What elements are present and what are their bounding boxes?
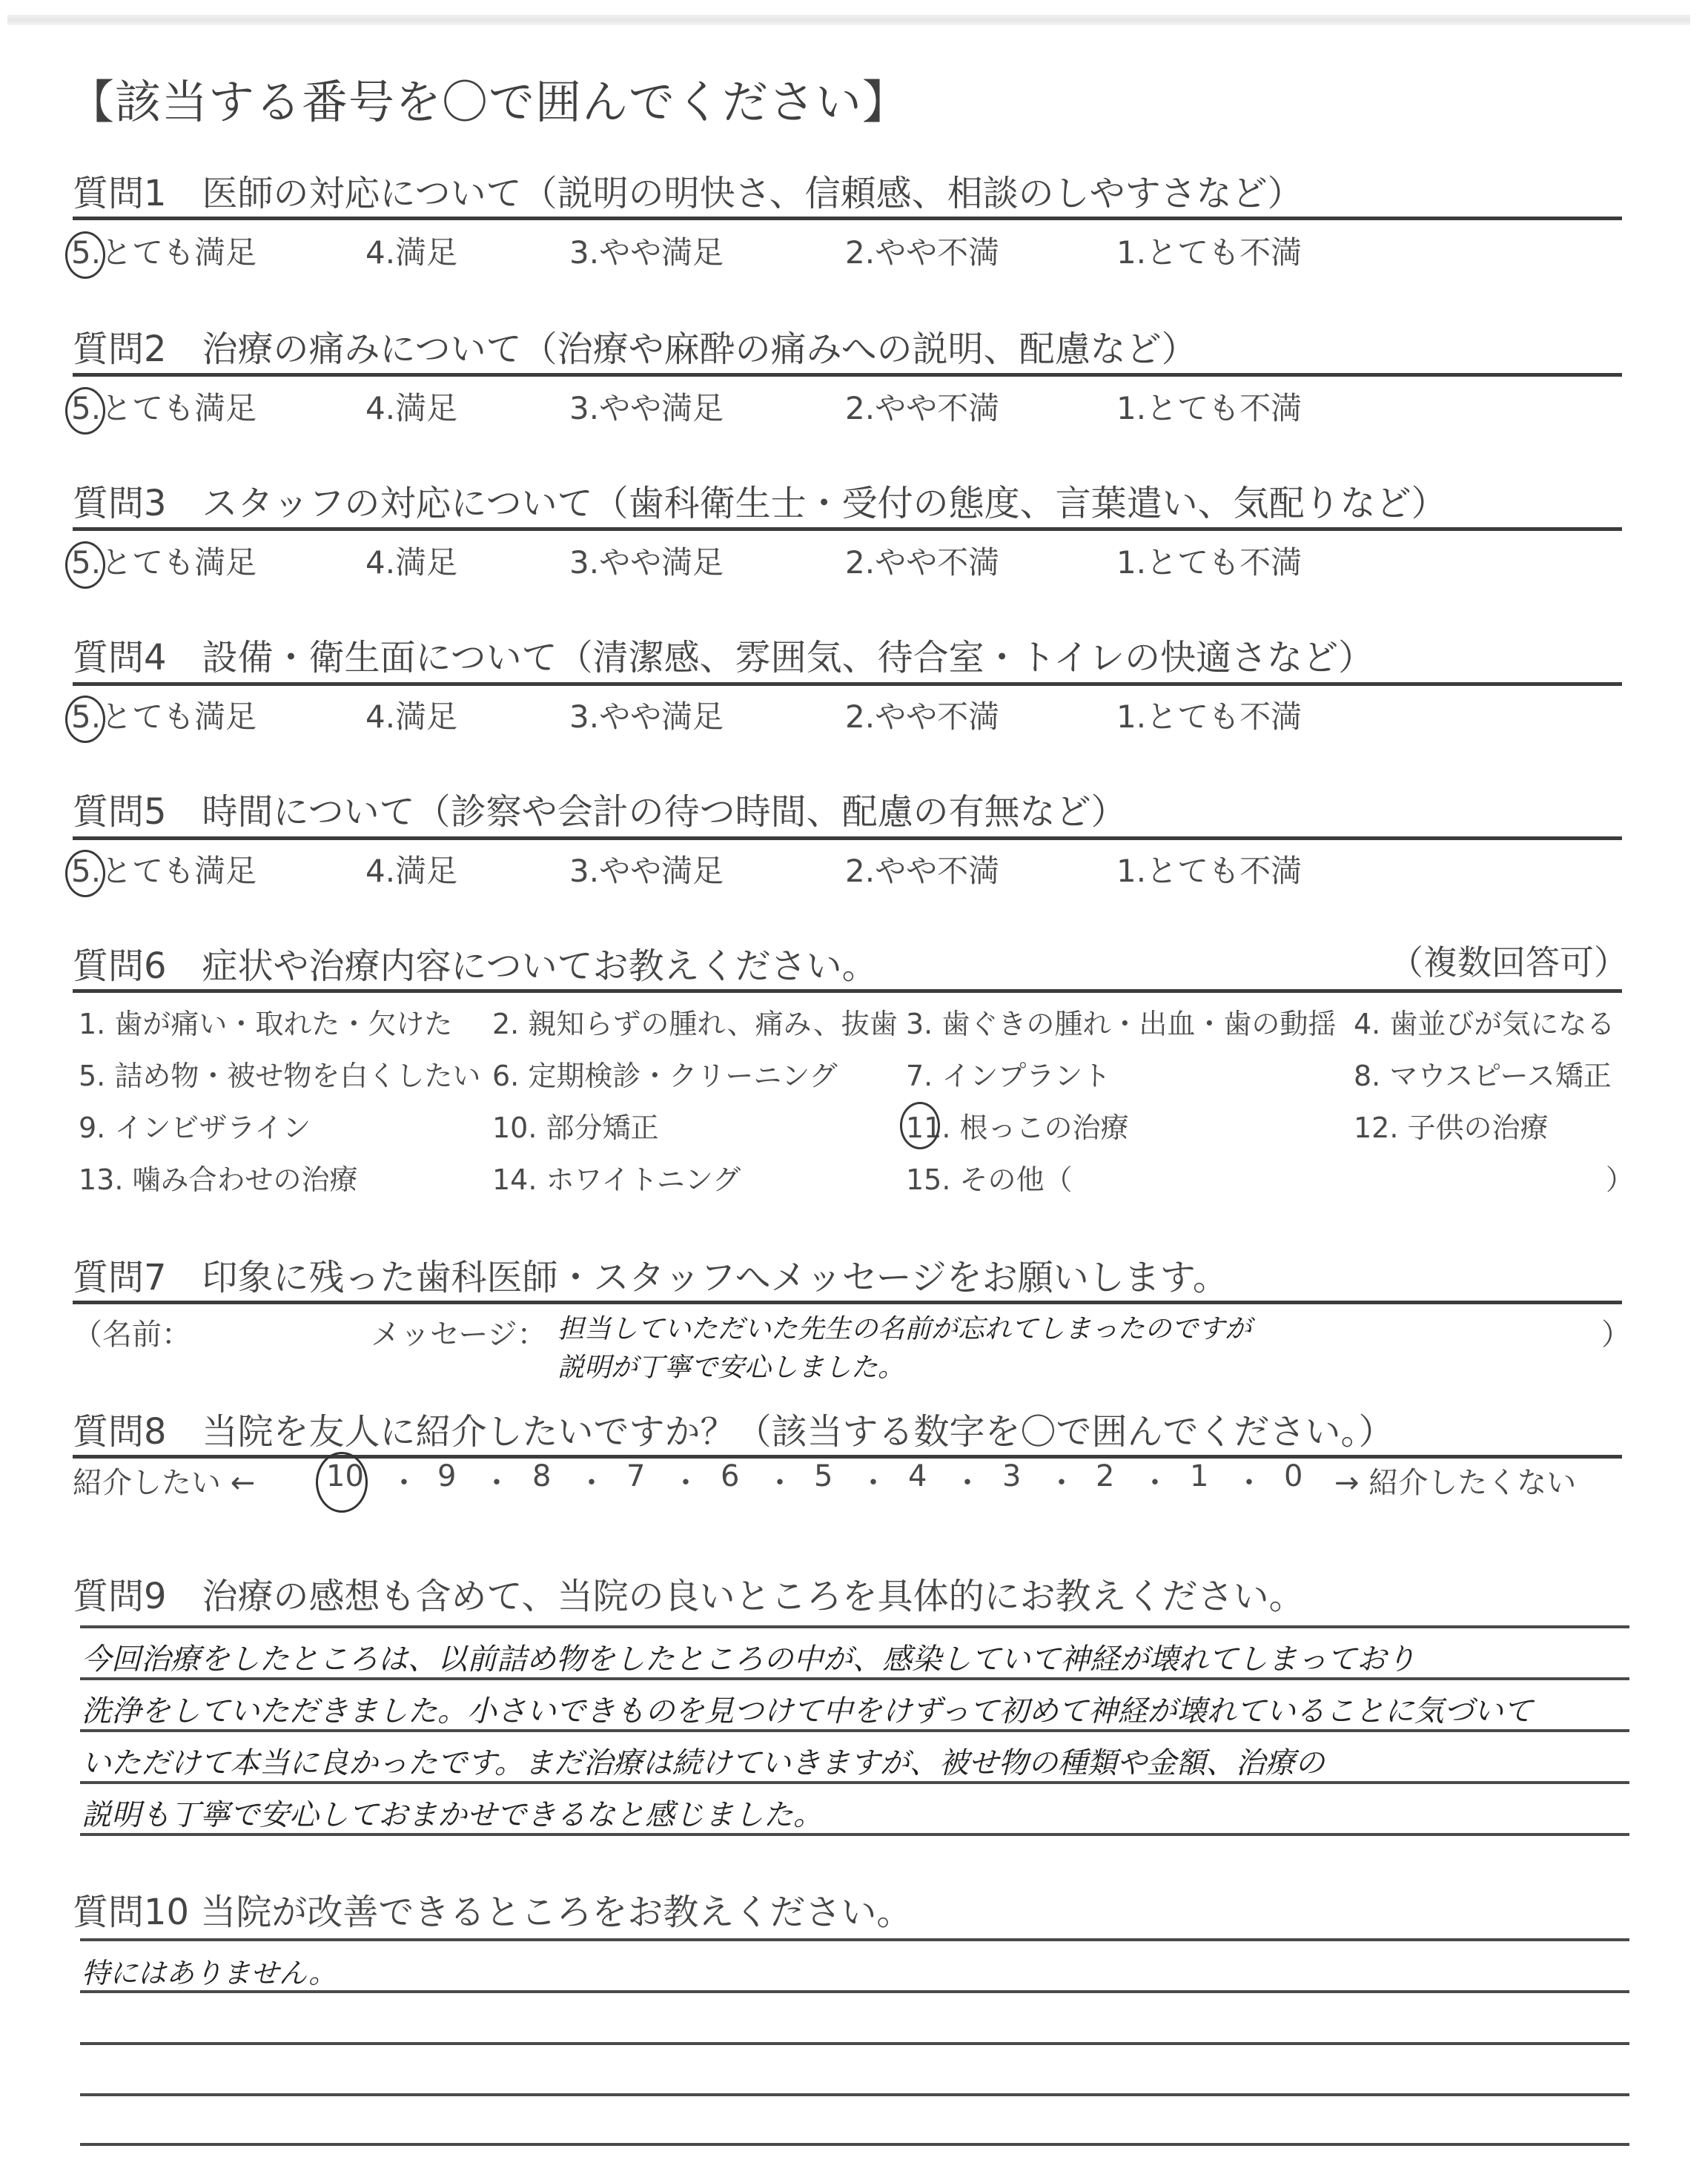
- symptom-option[interactable]: 5. 詰め物・被せ物を白くしたい: [79, 1053, 480, 1094]
- answer-line-3[interactable]: いただけて本当に良かったです。まだ治療は続けていきますが、被せ物の種類や金額、治…: [82, 1740, 1325, 1782]
- symptom-option[interactable]: 6. 定期検診・クリーニング: [492, 1053, 838, 1094]
- symptom-option[interactable]: 7. インプラント: [906, 1053, 1110, 1094]
- other-close-paren: ）: [1606, 1157, 1634, 1198]
- symptom-option[interactable]: 10. 部分矯正: [492, 1105, 659, 1146]
- divider: [73, 989, 1622, 993]
- question-4-label: 質問4 設備・衛生面について（清潔感、雰囲気、待合室・トイレの快適さなど）: [73, 629, 1374, 680]
- divider: [73, 373, 1622, 377]
- question-5-label: 質問5 時間について（診察や会計の待つ時間、配慮の有無など）: [73, 783, 1127, 834]
- answer-rule: [80, 2143, 1629, 2146]
- option-3[interactable]: 3.やや満足: [569, 538, 724, 583]
- message-label: メッセージ：: [371, 1311, 547, 1353]
- message-close-paren: ）: [1601, 1311, 1631, 1353]
- scale-4[interactable]: 4: [908, 1459, 927, 1493]
- answer-line-4[interactable]: 説明も丁寧で安心しておまかせできるなと感じました。: [82, 1791, 823, 1834]
- symptom-option[interactable]: 8. マウスピース矯正: [1354, 1053, 1612, 1094]
- question-2-label: 質問2 治療の痛みについて（治療や麻酔の痛みへの説明、配慮など）: [73, 320, 1197, 371]
- answer-rule: [80, 1781, 1629, 1784]
- option-5-selected[interactable]: 5.とても満足: [71, 390, 256, 426]
- symptom-option[interactable]: 9. インビザライン: [79, 1105, 311, 1146]
- answer-line-1[interactable]: 今回治療をしたところは、以前詰め物をしたところの中が、感染していて神経が壊れてし…: [82, 1636, 1416, 1678]
- question-1-options: 5.とても満足 4.満足 3.やや満足 2.やや不満 1.とても不満: [65, 228, 1548, 273]
- question-7-label: 質問7 印象に残った歯科医師・スタッフへメッセージをお願いします。: [73, 1249, 1228, 1300]
- scale-dot: ・: [1234, 1459, 1264, 1502]
- scale-dot: ・: [858, 1459, 888, 1502]
- question-5-options: 5.とても満足 4.満足 3.やや満足 2.やや不満 1.とても不満: [65, 847, 1548, 891]
- divider: [73, 217, 1622, 220]
- symptom-option-selected[interactable]: 11. 根っこの治療: [906, 1105, 1129, 1146]
- scale-dot: ・: [953, 1459, 982, 1502]
- answer-rule: [80, 2042, 1629, 2045]
- divider: [73, 1301, 1622, 1304]
- message-text-line-1[interactable]: 担当していただいた先生の名前が忘れてしまったのですが: [557, 1308, 1251, 1346]
- answer-rule: [80, 1990, 1629, 1993]
- option-2[interactable]: 2.やや不満: [845, 847, 999, 891]
- name-label: （名前：: [73, 1311, 191, 1353]
- option-5-selected[interactable]: 5.とても満足: [71, 853, 256, 889]
- symptom-option[interactable]: 13. 噛み合わせの治療: [79, 1157, 358, 1198]
- symptom-option[interactable]: 1. 歯が痛い・取れた・欠けた: [79, 1001, 452, 1042]
- divider: [73, 527, 1622, 531]
- symptom-option[interactable]: 2. 親知らずの腫れ、痛み、抜歯: [492, 1001, 898, 1042]
- answer-rule: [80, 1938, 1629, 1941]
- option-3[interactable]: 3.やや満足: [569, 693, 724, 737]
- scale-dot: ・: [765, 1459, 795, 1502]
- option-4[interactable]: 4.満足: [365, 693, 457, 737]
- scale-8[interactable]: 8: [532, 1459, 551, 1493]
- option-2[interactable]: 2.やや不満: [845, 693, 999, 737]
- option-5-selected[interactable]: 5.とても満足: [71, 234, 256, 271]
- recommend-right-label: → 紹介したくない: [1334, 1459, 1576, 1502]
- scale-1[interactable]: 1: [1190, 1459, 1208, 1493]
- message-text-line-2[interactable]: 説明が丁寧で安心しました。: [557, 1347, 904, 1384]
- scale-9[interactable]: 9: [437, 1459, 456, 1493]
- answer-rule: [80, 1833, 1629, 1836]
- option-1[interactable]: 1.とても不満: [1116, 847, 1302, 891]
- question-10-label: 質問10 当院が改善できるところをお教えください。: [73, 1883, 912, 1935]
- divider: [73, 1455, 1622, 1459]
- multiple-answers-note: （複数回答可）: [1389, 936, 1628, 985]
- option-4[interactable]: 4.満足: [365, 228, 457, 273]
- option-2[interactable]: 2.やや不満: [845, 228, 999, 273]
- symptom-option-other[interactable]: 15. その他（: [906, 1157, 1073, 1198]
- option-3[interactable]: 3.やや満足: [569, 228, 724, 273]
- option-2[interactable]: 2.やや不満: [845, 384, 999, 429]
- answer-line-1[interactable]: 特にはありません。: [82, 1950, 337, 1991]
- recommend-left-label: 紹介したい ←: [73, 1459, 255, 1502]
- answer-rule: [80, 1729, 1629, 1732]
- symptom-option[interactable]: 4. 歯並びが気になる: [1354, 1001, 1615, 1042]
- answer-line-2[interactable]: 洗浄をしていただきました。小さいできものを見つけて中をけずって初めて神経が壊れて…: [82, 1688, 1533, 1730]
- option-4[interactable]: 4.満足: [365, 384, 457, 429]
- question-2-options: 5.とても満足 4.満足 3.やや満足 2.やや不満 1.とても不満: [65, 384, 1548, 429]
- symptom-option[interactable]: 3. 歯ぐきの腫れ・出血・歯の動揺: [906, 1001, 1336, 1042]
- question-3-options: 5.とても満足 4.満足 3.やや満足 2.やや不満 1.とても不満: [65, 538, 1548, 583]
- question-9-label: 質問9 治療の感想も含めて、当院の良いところを具体的にお教えください。: [73, 1568, 1305, 1619]
- option-4[interactable]: 4.満足: [365, 538, 457, 583]
- symptom-option[interactable]: 14. ホワイトニング: [492, 1157, 741, 1198]
- option-1[interactable]: 1.とても不満: [1116, 693, 1302, 737]
- scale-2[interactable]: 2: [1096, 1459, 1114, 1493]
- option-4[interactable]: 4.満足: [365, 847, 457, 891]
- option-1[interactable]: 1.とても不満: [1116, 228, 1302, 273]
- answer-rule: [80, 1677, 1629, 1680]
- scale-dot: ・: [1140, 1459, 1170, 1502]
- option-3[interactable]: 3.やや満足: [569, 384, 724, 429]
- scale-3[interactable]: 3: [1002, 1459, 1021, 1493]
- scale-dot: ・: [671, 1459, 701, 1502]
- scale-0[interactable]: 0: [1284, 1459, 1302, 1493]
- scale-dot: ・: [482, 1459, 512, 1502]
- scale-dot: ・: [389, 1459, 419, 1502]
- scale-6[interactable]: 6: [721, 1459, 739, 1493]
- option-1[interactable]: 1.とても不満: [1116, 538, 1302, 583]
- divider: [73, 682, 1622, 686]
- option-5-selected[interactable]: 5.とても満足: [71, 698, 256, 735]
- answer-rule: [80, 2093, 1629, 2096]
- scale-dot: ・: [577, 1459, 606, 1502]
- option-2[interactable]: 2.やや不満: [845, 538, 999, 583]
- question-8-label: 質問8 当院を友人に紹介したいですか？（該当する数字を〇で囲んでください。）: [73, 1403, 1394, 1454]
- scale-dot: ・: [1047, 1459, 1076, 1502]
- question-1-label: 質問1 医師の対応について（説明の明快さ、信頼感、相談のしやすさなど）: [73, 165, 1303, 216]
- scan-edge: [7, 15, 1690, 25]
- option-3[interactable]: 3.やや満足: [569, 847, 724, 891]
- symptom-option[interactable]: 12. 子供の治療: [1354, 1105, 1549, 1146]
- divider: [73, 836, 1622, 840]
- page-title: 【該当する番号を〇で囲んでください】: [68, 65, 909, 131]
- scale-5[interactable]: 5: [814, 1459, 833, 1493]
- selection-circle: [316, 1452, 368, 1513]
- option-5-selected[interactable]: 5.とても満足: [71, 544, 256, 581]
- scale-7[interactable]: 7: [626, 1459, 645, 1493]
- question-3-label: 質問3 スタッフの対応について（歯科衛生士・受付の態度、言葉遣い、気配りなど）: [73, 475, 1447, 526]
- option-1[interactable]: 1.とても不満: [1116, 384, 1302, 429]
- question-6-label: 質問6 症状や治療内容についてお教えください。: [73, 937, 878, 988]
- answer-rule: [80, 1625, 1629, 1628]
- scale-10-selected[interactable]: 10: [326, 1459, 364, 1493]
- question-4-options: 5.とても満足 4.満足 3.やや満足 2.やや不満 1.とても不満: [65, 693, 1548, 737]
